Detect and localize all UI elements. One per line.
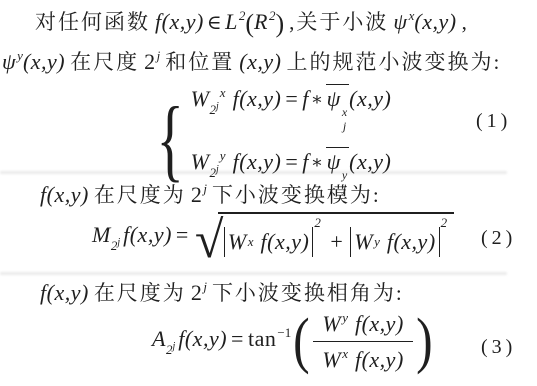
superscript-y: y <box>220 148 226 163</box>
square-root: √ Wxf(x,y)2 + Wyf(x,y)2 <box>195 212 454 264</box>
inline-math-f: f(x,y) <box>40 281 89 305</box>
superscript-x: x <box>248 234 254 250</box>
math-args: (x,y) <box>349 149 391 174</box>
subscript-2j: 2j <box>111 238 120 253</box>
paren-close: ) <box>276 9 285 38</box>
formula-3: A2jf(x,y)=tan−1 ( Wyf(x,y) Wxf(x,y) ) <box>152 310 435 373</box>
paragraph-line-4: f(x,y)在尺度为2j下小波变换相角为: <box>40 278 404 308</box>
subscript-j: j <box>343 120 346 134</box>
cjk-text: 对任何函数 <box>35 10 150 34</box>
cjk-comma: , <box>462 10 469 34</box>
math-args: (x,y) <box>239 49 281 74</box>
inline-math-l2-space: f(x,y)∈L2(R2) <box>155 10 284 34</box>
big-paren-close: ) <box>416 314 433 370</box>
paragraph-line-1: 对任何函数f(x,y)∈L2(R2),关于小波ψx(x,y), <box>35 6 469 41</box>
paren-open: ( <box>245 9 254 38</box>
sub-sup-j: j <box>216 101 219 112</box>
var-psi: ψ <box>2 49 16 74</box>
math-args: (x,y) <box>362 311 404 336</box>
big-paren-open: ( <box>293 314 310 370</box>
var-f: f <box>355 311 362 336</box>
var-M: M <box>92 222 111 247</box>
sub-sup-j: j <box>117 237 120 248</box>
var-f: f <box>123 222 130 247</box>
var-W: W <box>322 347 341 372</box>
math-args: (x,y) <box>162 9 204 34</box>
var-f: f <box>302 149 309 174</box>
math-args: (x,y) <box>414 9 456 34</box>
cjk-text: ,关于小波 <box>289 10 388 34</box>
math-args: (x,y) <box>185 326 227 351</box>
var-W: W <box>191 86 210 111</box>
subscript-2j: 2j <box>210 102 219 117</box>
var-W: W <box>228 229 247 255</box>
math-args: (x,y) <box>393 229 435 255</box>
paper-page: 对任何函数f(x,y)∈L2(R2),关于小波ψx(x,y), ψy(x,y)在… <box>0 0 537 386</box>
power-2: 2 <box>314 215 321 231</box>
inline-math-scale: 2j <box>191 281 207 305</box>
inline-math-psi-x: ψx(x,y) <box>393 10 456 34</box>
inline-math-psi-y: ψy(x,y) <box>2 50 65 74</box>
var-f: f <box>302 86 309 111</box>
plus-sign: + <box>330 229 343 255</box>
absolute-value-x-term: Wxf(x,y) <box>224 227 313 257</box>
math-args: (x,y) <box>362 347 404 372</box>
formula-2: M2jf(x,y)= √ Wxf(x,y)2 + Wyf(x,y)2 <box>92 212 454 264</box>
var-W: W <box>191 149 210 174</box>
var-L: L <box>225 9 238 34</box>
var-psi: ψ <box>327 86 341 111</box>
equation-row-x: W2jxf(x,y)=f∗ψxj(x,y) <box>191 84 392 134</box>
var-psi: ψ <box>327 149 341 174</box>
overline-psi: ψxj <box>326 84 350 134</box>
math-args: (x,y) <box>23 49 65 74</box>
angle-lhs: A2jf(x,y)=tan−1 <box>152 325 291 358</box>
superscript-j: j <box>203 279 207 294</box>
math-args: (x,y) <box>239 86 281 111</box>
var-f: f <box>178 326 185 351</box>
math-args: (x,y) <box>349 86 391 111</box>
superscript-minus-1: −1 <box>277 325 291 340</box>
cjk-text: 下小波变换相角为: <box>212 281 404 305</box>
convolution-symbol: ∗ <box>311 152 324 172</box>
equation-number-3: (3) <box>481 336 516 359</box>
var-f: f <box>387 229 394 255</box>
var-A: A <box>152 326 166 351</box>
sub-sup-j: j <box>216 164 219 175</box>
cjk-text: 在尺度为 <box>94 281 186 305</box>
inline-math-scale: 2j <box>191 183 207 207</box>
var-f: f <box>155 9 162 34</box>
var-f: f <box>40 280 47 305</box>
paragraph-line-2: ψy(x,y)在尺度2j和位置(x,y)上的规范小波变换为: <box>2 47 501 77</box>
math-args: (x,y) <box>47 182 89 207</box>
inline-math-f: f(x,y) <box>40 183 89 207</box>
equals-sign: = <box>176 222 189 247</box>
superscript-x: x <box>342 106 347 120</box>
power-2: 2 <box>441 215 448 231</box>
fraction: Wyf(x,y) Wxf(x,y) <box>313 310 412 373</box>
cjk-text: 下小波变换模为: <box>212 183 381 207</box>
subscript-2j: 2j <box>210 165 219 180</box>
num-2: 2 <box>144 49 156 74</box>
var-W: W <box>354 229 373 255</box>
subscript-2j: 2j <box>166 342 175 357</box>
cjk-text: 在尺度 <box>70 50 139 74</box>
superscript-x: x <box>342 346 348 361</box>
equation-number-1: (1) <box>476 110 511 133</box>
num-2: 2 <box>191 280 203 305</box>
inline-math-position: (x,y) <box>239 50 281 74</box>
equals-sign: = <box>231 326 244 351</box>
math-args: (x,y) <box>239 149 281 174</box>
paragraph-line-3: f(x,y)在尺度为2j下小波变换模为: <box>40 180 381 210</box>
fraction-denominator: Wxf(x,y) <box>313 341 412 373</box>
modulus-lhs: M2jf(x,y)= <box>92 222 193 254</box>
radicand: Wxf(x,y)2 + Wyf(x,y)2 <box>218 212 454 264</box>
math-args: (x,y) <box>130 222 172 247</box>
superscript-j: j <box>157 48 161 63</box>
var-R: R <box>254 9 268 34</box>
fraction-numerator: Wyf(x,y) <box>313 310 412 341</box>
var-f: f <box>40 182 47 207</box>
element-of-symbol: ∈ <box>207 12 222 34</box>
cjk-text: 和位置 <box>165 50 234 74</box>
psi-sup-sub-stack: xj <box>342 106 347 134</box>
equals-sign: = <box>285 86 298 111</box>
tan-function: tan <box>248 326 276 351</box>
equals-sign: = <box>285 149 298 174</box>
cjk-text: 在尺度为 <box>94 183 186 207</box>
convolution-symbol: ∗ <box>311 89 324 109</box>
math-args: (x,y) <box>267 229 309 255</box>
inline-math-scale: 2j <box>144 50 160 74</box>
equation-number-2: (2) <box>481 227 516 250</box>
math-args: (x,y) <box>47 280 89 305</box>
superscript-y: y <box>342 310 348 325</box>
radical-sign: √ <box>195 215 224 267</box>
sub-sup-j: j <box>172 341 175 352</box>
superscript-j: j <box>203 181 207 196</box>
absolute-value-y-term: Wyf(x,y) <box>350 227 439 257</box>
superscript-x: x <box>220 85 226 100</box>
var-W: W <box>322 311 341 336</box>
var-f: f <box>355 347 362 372</box>
left-brace: { <box>156 96 184 183</box>
var-psi: ψ <box>393 9 407 34</box>
scan-artifact <box>0 272 507 275</box>
superscript-y: y <box>374 234 380 250</box>
var-f: f <box>261 229 268 255</box>
cjk-text: 上的规范小波变换为: <box>286 50 501 74</box>
num-2: 2 <box>191 182 203 207</box>
